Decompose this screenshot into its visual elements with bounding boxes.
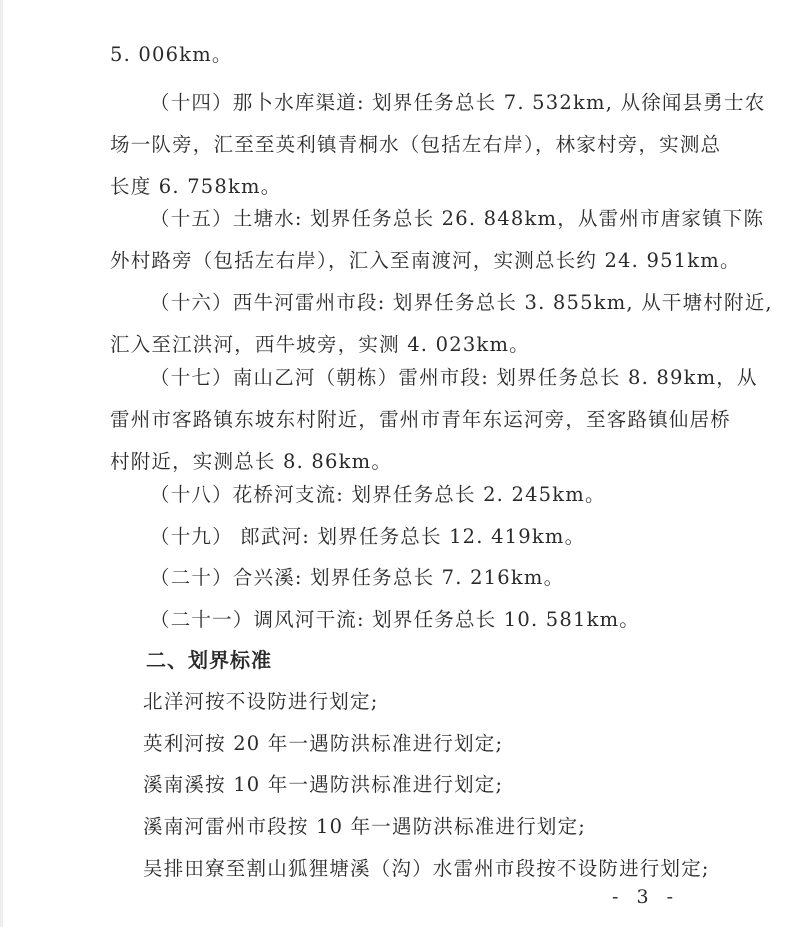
standard-line: 北洋河按不设防进行划定;	[143, 690, 378, 714]
standard-line: 英利河按 20 年一遇防洪标准进行划定;	[143, 732, 503, 756]
text-line-item-19: （十九） 郎武河: 划界任务总长 12. 419km。	[150, 525, 585, 549]
text-line-item-14: （十四）那卜水库渠道: 划界任务总长 7. 532km, 从徐闻县勇士农	[150, 91, 765, 115]
text-line: 场一队旁，汇至至英利镇青桐水（包括左右岸），林家村旁，实测总	[110, 133, 721, 157]
text-line: 村附近，实测总长 8. 86km。	[110, 450, 392, 474]
text-line-item-15: （十五）土塘水: 划界任务总长 26. 848km，从雷州市唐家镇下陈	[150, 207, 764, 231]
text-line-item-20: （二十）合兴溪: 划界任务总长 7. 216km。	[150, 566, 564, 590]
text-line: 5. 006km。	[110, 43, 233, 67]
text-line-item-21: （二十一）调风河干流: 划界任务总长 10. 581km。	[150, 608, 640, 632]
standard-line: 溪南河雷州市段按 10 年一遇防洪标准进行划定;	[143, 815, 586, 839]
text-line-item-16: （十六）西牛河雷州市段: 划界任务总长 3. 855km, 从干塘村附近,	[150, 291, 773, 315]
section-heading: 二、划界标准	[146, 648, 272, 672]
standard-line: 溪南溪按 10 年一遇防洪标准进行划定;	[143, 773, 503, 797]
page-number: - 3 -	[612, 886, 679, 908]
document-page: 5. 006km。 （十四）那卜水库渠道: 划界任务总长 7. 532km, 从…	[0, 0, 798, 927]
text-line: 外村路旁（包括左右岸），汇入至南渡河，实测总长约 24. 951km。	[110, 249, 741, 273]
text-line: 汇入至江洪河，西牛坡旁，实测 4. 023km。	[110, 333, 530, 357]
text-line: 长度 6. 758km。	[110, 175, 281, 199]
standard-line: 吴排田寮至割山狐狸塘溪（沟）水雷州市段按不设防进行划定;	[143, 857, 710, 881]
text-line-item-17: （十七）南山乙河（朝栋）雷州市段: 划界任务总长 8. 89km，从	[150, 366, 758, 390]
text-line-item-18: （十八）花桥河支流: 划界任务总长 2. 245km。	[150, 483, 606, 507]
text-line: 雷州市客路镇东坡东村附近，雷州市青年东运河旁，至客路镇仙居桥	[110, 408, 731, 432]
